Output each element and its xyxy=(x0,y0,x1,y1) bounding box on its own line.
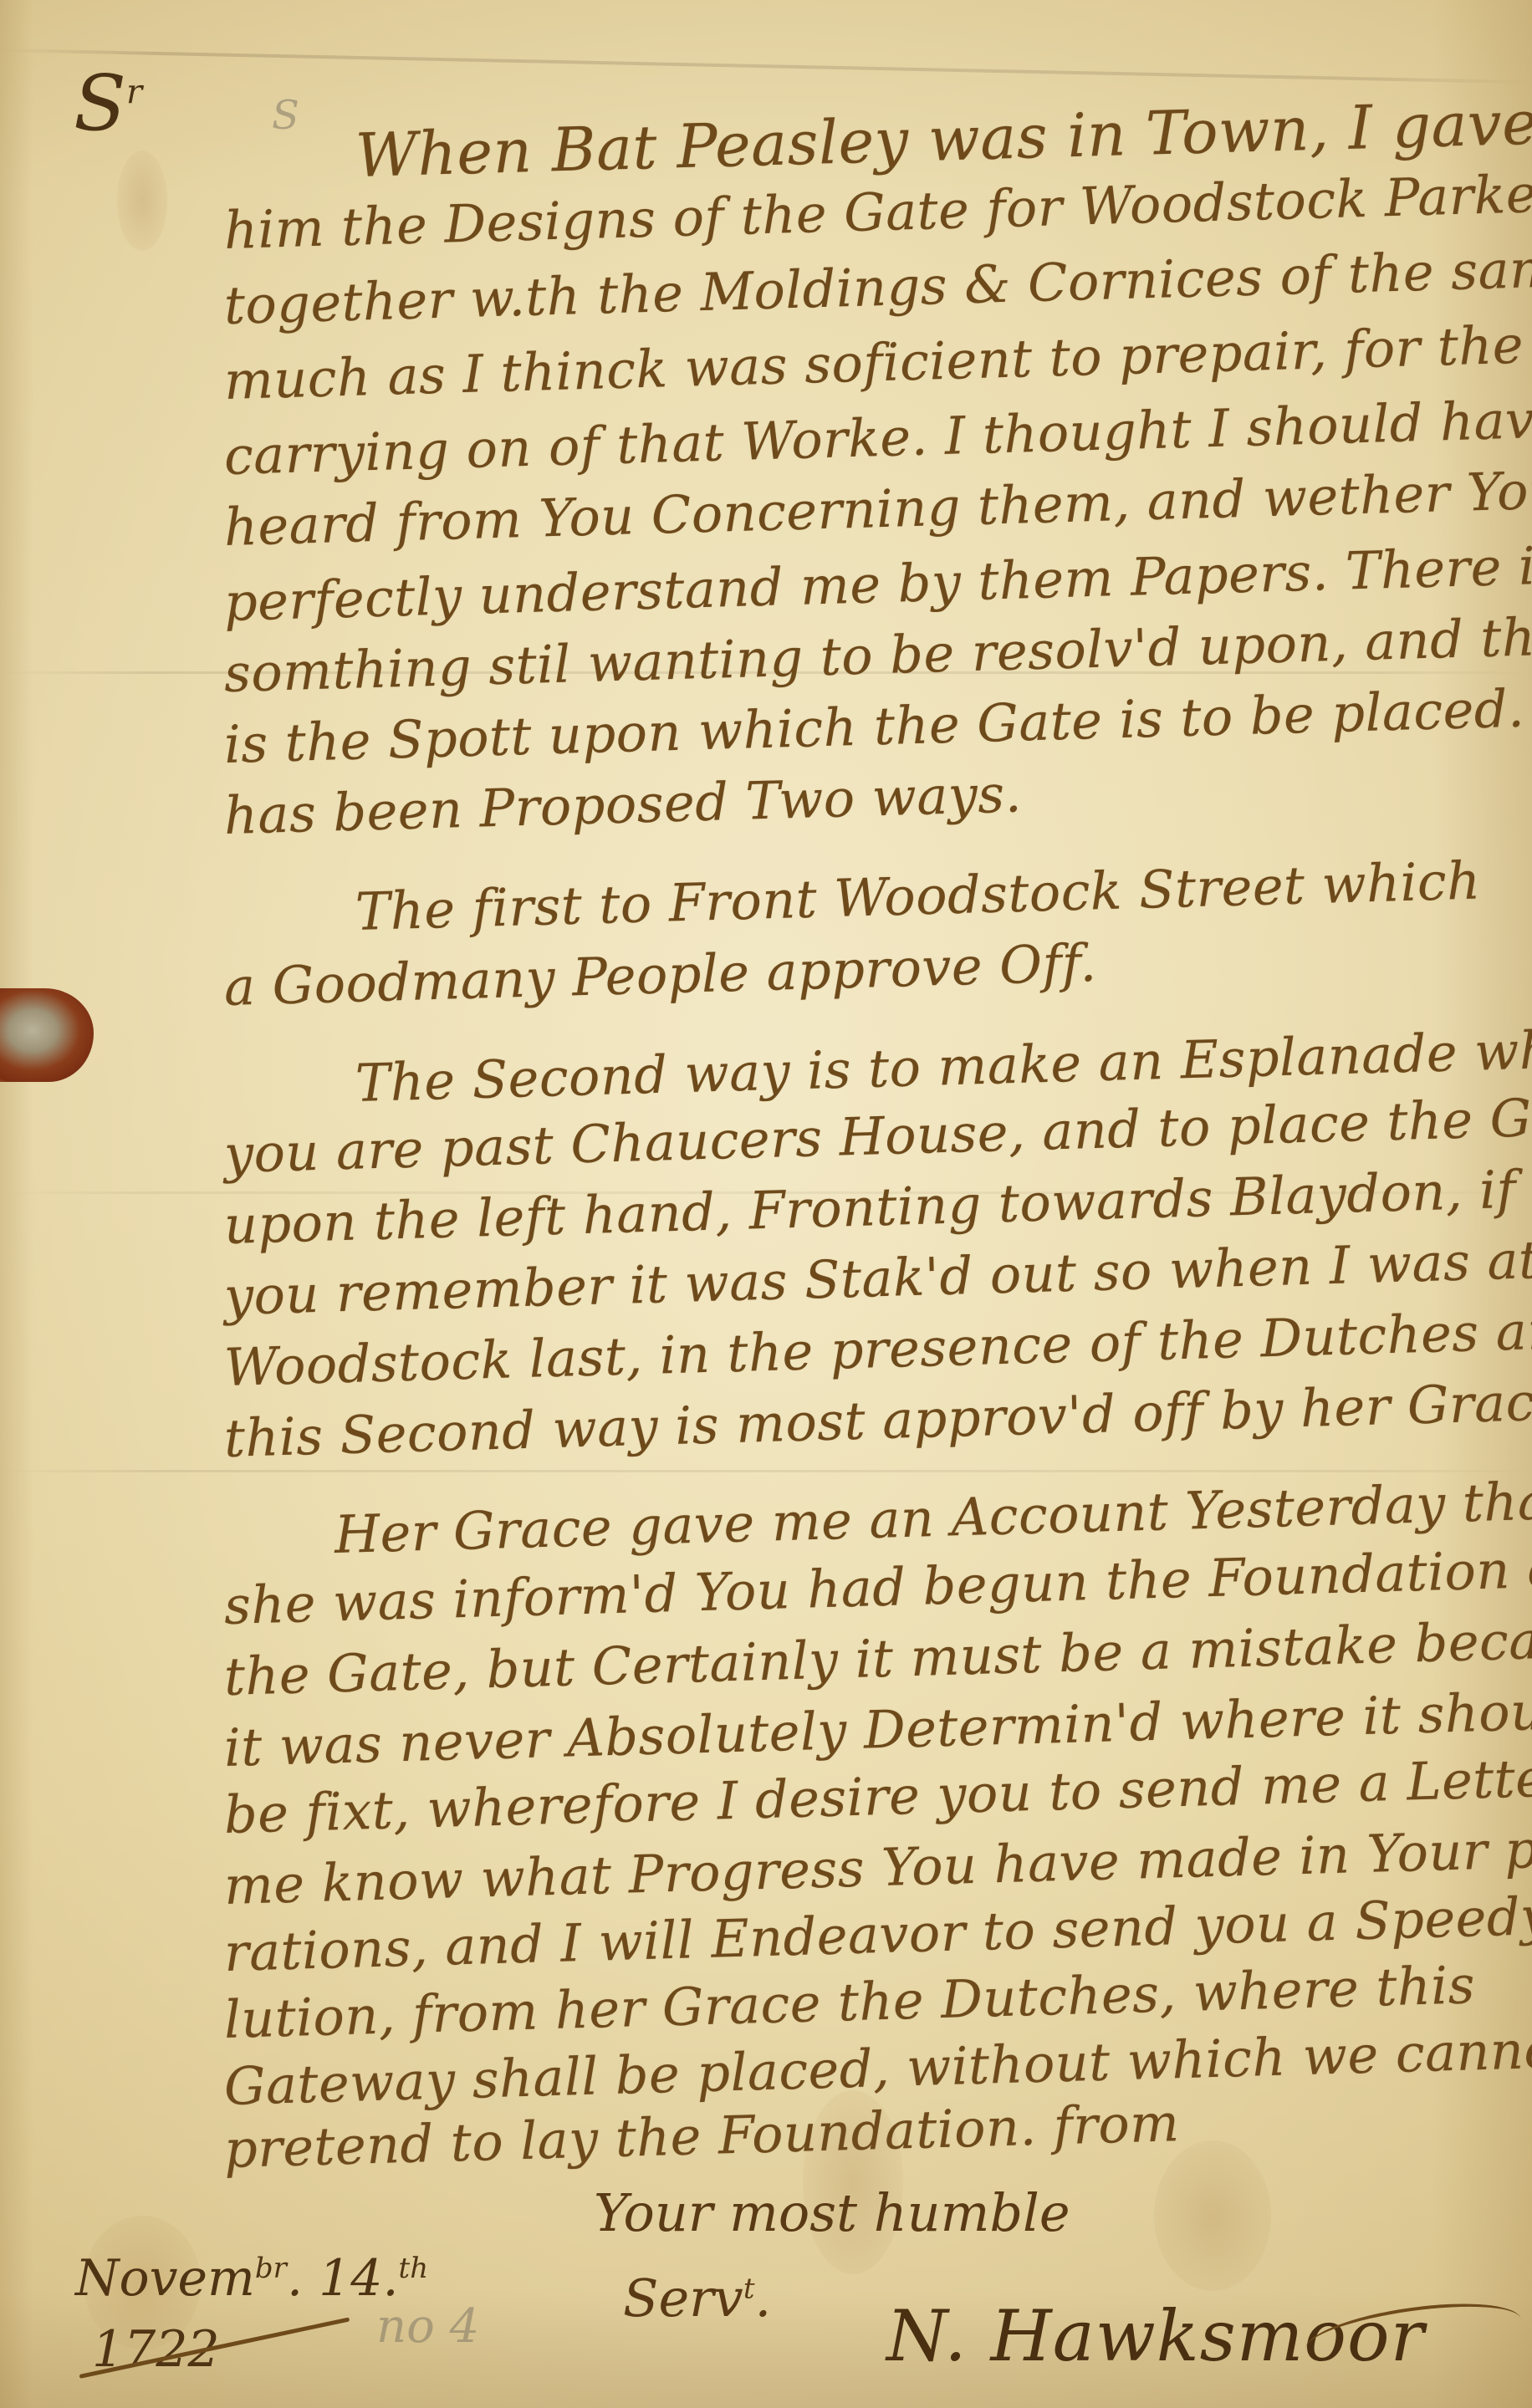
pencil-annotation-bottom: no 4 xyxy=(376,2299,479,2354)
letter-line: a Goodmany People approve Off. xyxy=(223,937,1097,1013)
salutation: Sr xyxy=(74,59,142,148)
letter-line: The first to Front Woodstock Street whic… xyxy=(355,855,1481,938)
wax-seal-remnant xyxy=(0,988,94,1082)
foxing-stain xyxy=(1154,2140,1271,2291)
foxing-stain xyxy=(117,150,167,251)
closing-line: Servt. xyxy=(623,2268,771,2329)
fold-crease xyxy=(0,48,1532,84)
fold-crease xyxy=(0,1470,1532,1472)
date-day: Novembr. 14.th xyxy=(75,2249,428,2308)
letter-line: has been Proposed Two ways. xyxy=(223,768,1022,842)
closing-line: Your most humble xyxy=(594,2182,1070,2243)
pencil-annotation-top: S xyxy=(272,92,299,139)
letter-sheet: Sr S When Bat Peasley was in Town, I gav… xyxy=(0,0,1532,2408)
paper-edge-shading xyxy=(0,0,33,2408)
